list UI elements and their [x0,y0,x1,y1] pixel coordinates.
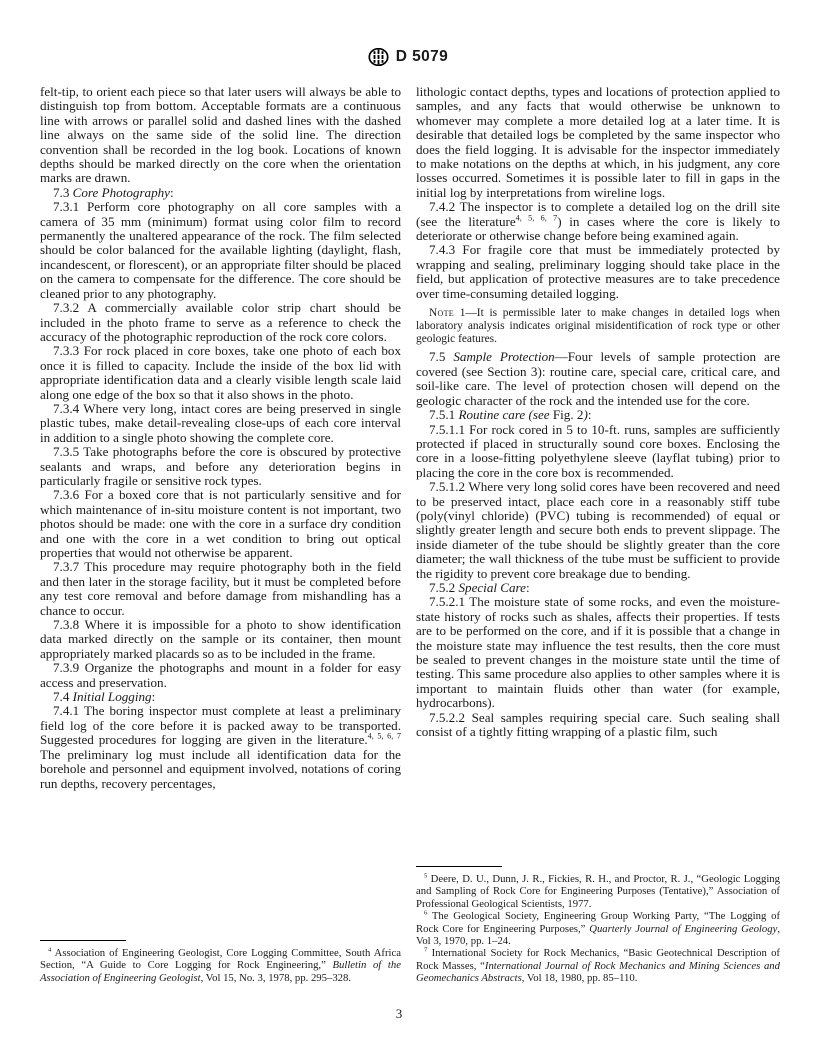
page-number: 3 [0,1006,798,1022]
paragraph: 7.3.7 This procedure may require photogr… [40,560,401,618]
paragraph: 7.5 Sample Protection—Four levels of sam… [416,350,780,408]
paragraph: 5 Deere, D. U., Dunn, J. R., Fickies, R.… [416,873,780,910]
paragraph: 7 International Society for Rock Mechani… [416,947,780,984]
paragraph: 7.5.2.1 The moisture state of some rocks… [416,595,780,710]
left-footnotes-text: 4 Association of Engineering Geologist, … [40,947,401,984]
footnote-rule [40,940,126,941]
paragraph: 7.3.1 Perform core photography on all co… [40,200,401,301]
paragraph: 7.3.4 Where very long, intact cores are … [40,402,401,445]
paragraph: 7.3.5 Take photographs before the core i… [40,445,401,488]
paragraph: 7.5.1.1 For rock cored in 5 to 10-ft. ru… [416,423,780,481]
paragraph: felt-tip, to orient each piece so that l… [40,85,401,186]
paragraph: 7.3.8 Where it is impossible for a photo… [40,618,401,661]
paragraph: 7.4 Initial Logging: [40,690,401,704]
paragraph: 7.3.2 A commercially available color str… [40,301,401,344]
paragraph: 7.4.1 The boring inspector must complete… [40,704,401,790]
paragraph: 7.3 Core Photography: [40,186,401,200]
right-column: lithologic contact depths, types and loc… [416,85,780,739]
astm-logo-icon [368,48,389,66]
right-footnotes: 5 Deere, D. U., Dunn, J. R., Fickies, R.… [416,866,780,985]
paragraph: 4 Association of Engineering Geologist, … [40,947,401,984]
paragraph: 7.3.3 For rock placed in core boxes, tak… [40,344,401,402]
footnote-rule [416,866,502,867]
paragraph: 7.5.1 Routine care (see Fig. 2): [416,408,780,422]
paragraph: 7.4.2 The inspector is to complete a det… [416,200,780,243]
paragraph: 7.5.1.2 Where very long solid cores have… [416,480,780,581]
paragraph: 7.4.3 For fragile core that must be imme… [416,243,780,301]
right-footnotes-text: 5 Deere, D. U., Dunn, J. R., Fickies, R.… [416,873,780,985]
left-column: felt-tip, to orient each piece so that l… [40,85,401,791]
left-footnotes: 4 Association of Engineering Geologist, … [40,940,401,984]
paragraph: Note 1—It is permissible later to make c… [416,307,780,345]
page-header: D 5079 [0,48,816,66]
paragraph: lithologic contact depths, types and loc… [416,85,780,200]
document-page: D 5079 felt-tip, to orient each piece so… [0,0,816,1056]
paragraph: 7.5.2.2 Seal samples requiring special c… [416,711,780,740]
paragraph: 7.5.2 Special Care: [416,581,780,595]
paragraph: 7.3.6 For a boxed core that is not parti… [40,488,401,560]
paragraph: 6 The Geological Society, Engineering Gr… [416,910,780,947]
doc-number: D 5079 [396,48,448,66]
paragraph: 7.3.9 Organize the photographs and mount… [40,661,401,690]
